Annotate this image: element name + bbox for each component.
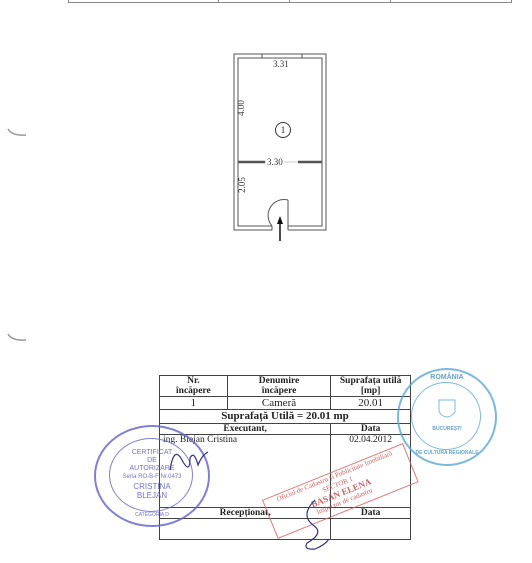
- stamp-text: BLEJAN: [96, 492, 208, 500]
- receiver-signature: [295, 495, 335, 555]
- stamp-text: CRISTINA: [96, 483, 208, 491]
- executant-signature: [160, 440, 210, 480]
- stamp-text: BUCUREȘTI: [399, 426, 495, 432]
- cell-name: Cameră: [227, 397, 331, 410]
- header-name: Denumireîncăpere: [227, 376, 331, 397]
- dim-middle-width: 3.30: [266, 157, 284, 167]
- dim-upper-height: 4.00: [236, 100, 246, 116]
- stamp-text: CATEGORIA D: [96, 511, 208, 519]
- header-nr: Nr.încăpere: [160, 376, 228, 397]
- room-number: 1: [275, 122, 291, 138]
- coat-of-arms-icon: [435, 398, 459, 422]
- receptionat-date: [331, 519, 411, 540]
- stamp-text: DE CULTURA REGIONALE: [399, 450, 495, 456]
- dim-top-width: 3.31: [273, 59, 289, 69]
- romania-stamp: ROMÂNIA BUCUREȘTI DE CULTURA REGIONALE: [397, 368, 497, 466]
- punch-mark-icon: [6, 333, 28, 343]
- dim-lower-height: 2.05: [237, 177, 247, 193]
- executant-label: Executant,: [160, 424, 331, 435]
- table-row: 1 Cameră 20.01: [160, 397, 411, 410]
- cell-nr: 1: [160, 397, 228, 410]
- total-area: Suprafață Utilă = 20.01 mp: [160, 410, 411, 424]
- floor-plan: [0, 0, 532, 260]
- stamp-text: ROMÂNIA: [399, 374, 495, 381]
